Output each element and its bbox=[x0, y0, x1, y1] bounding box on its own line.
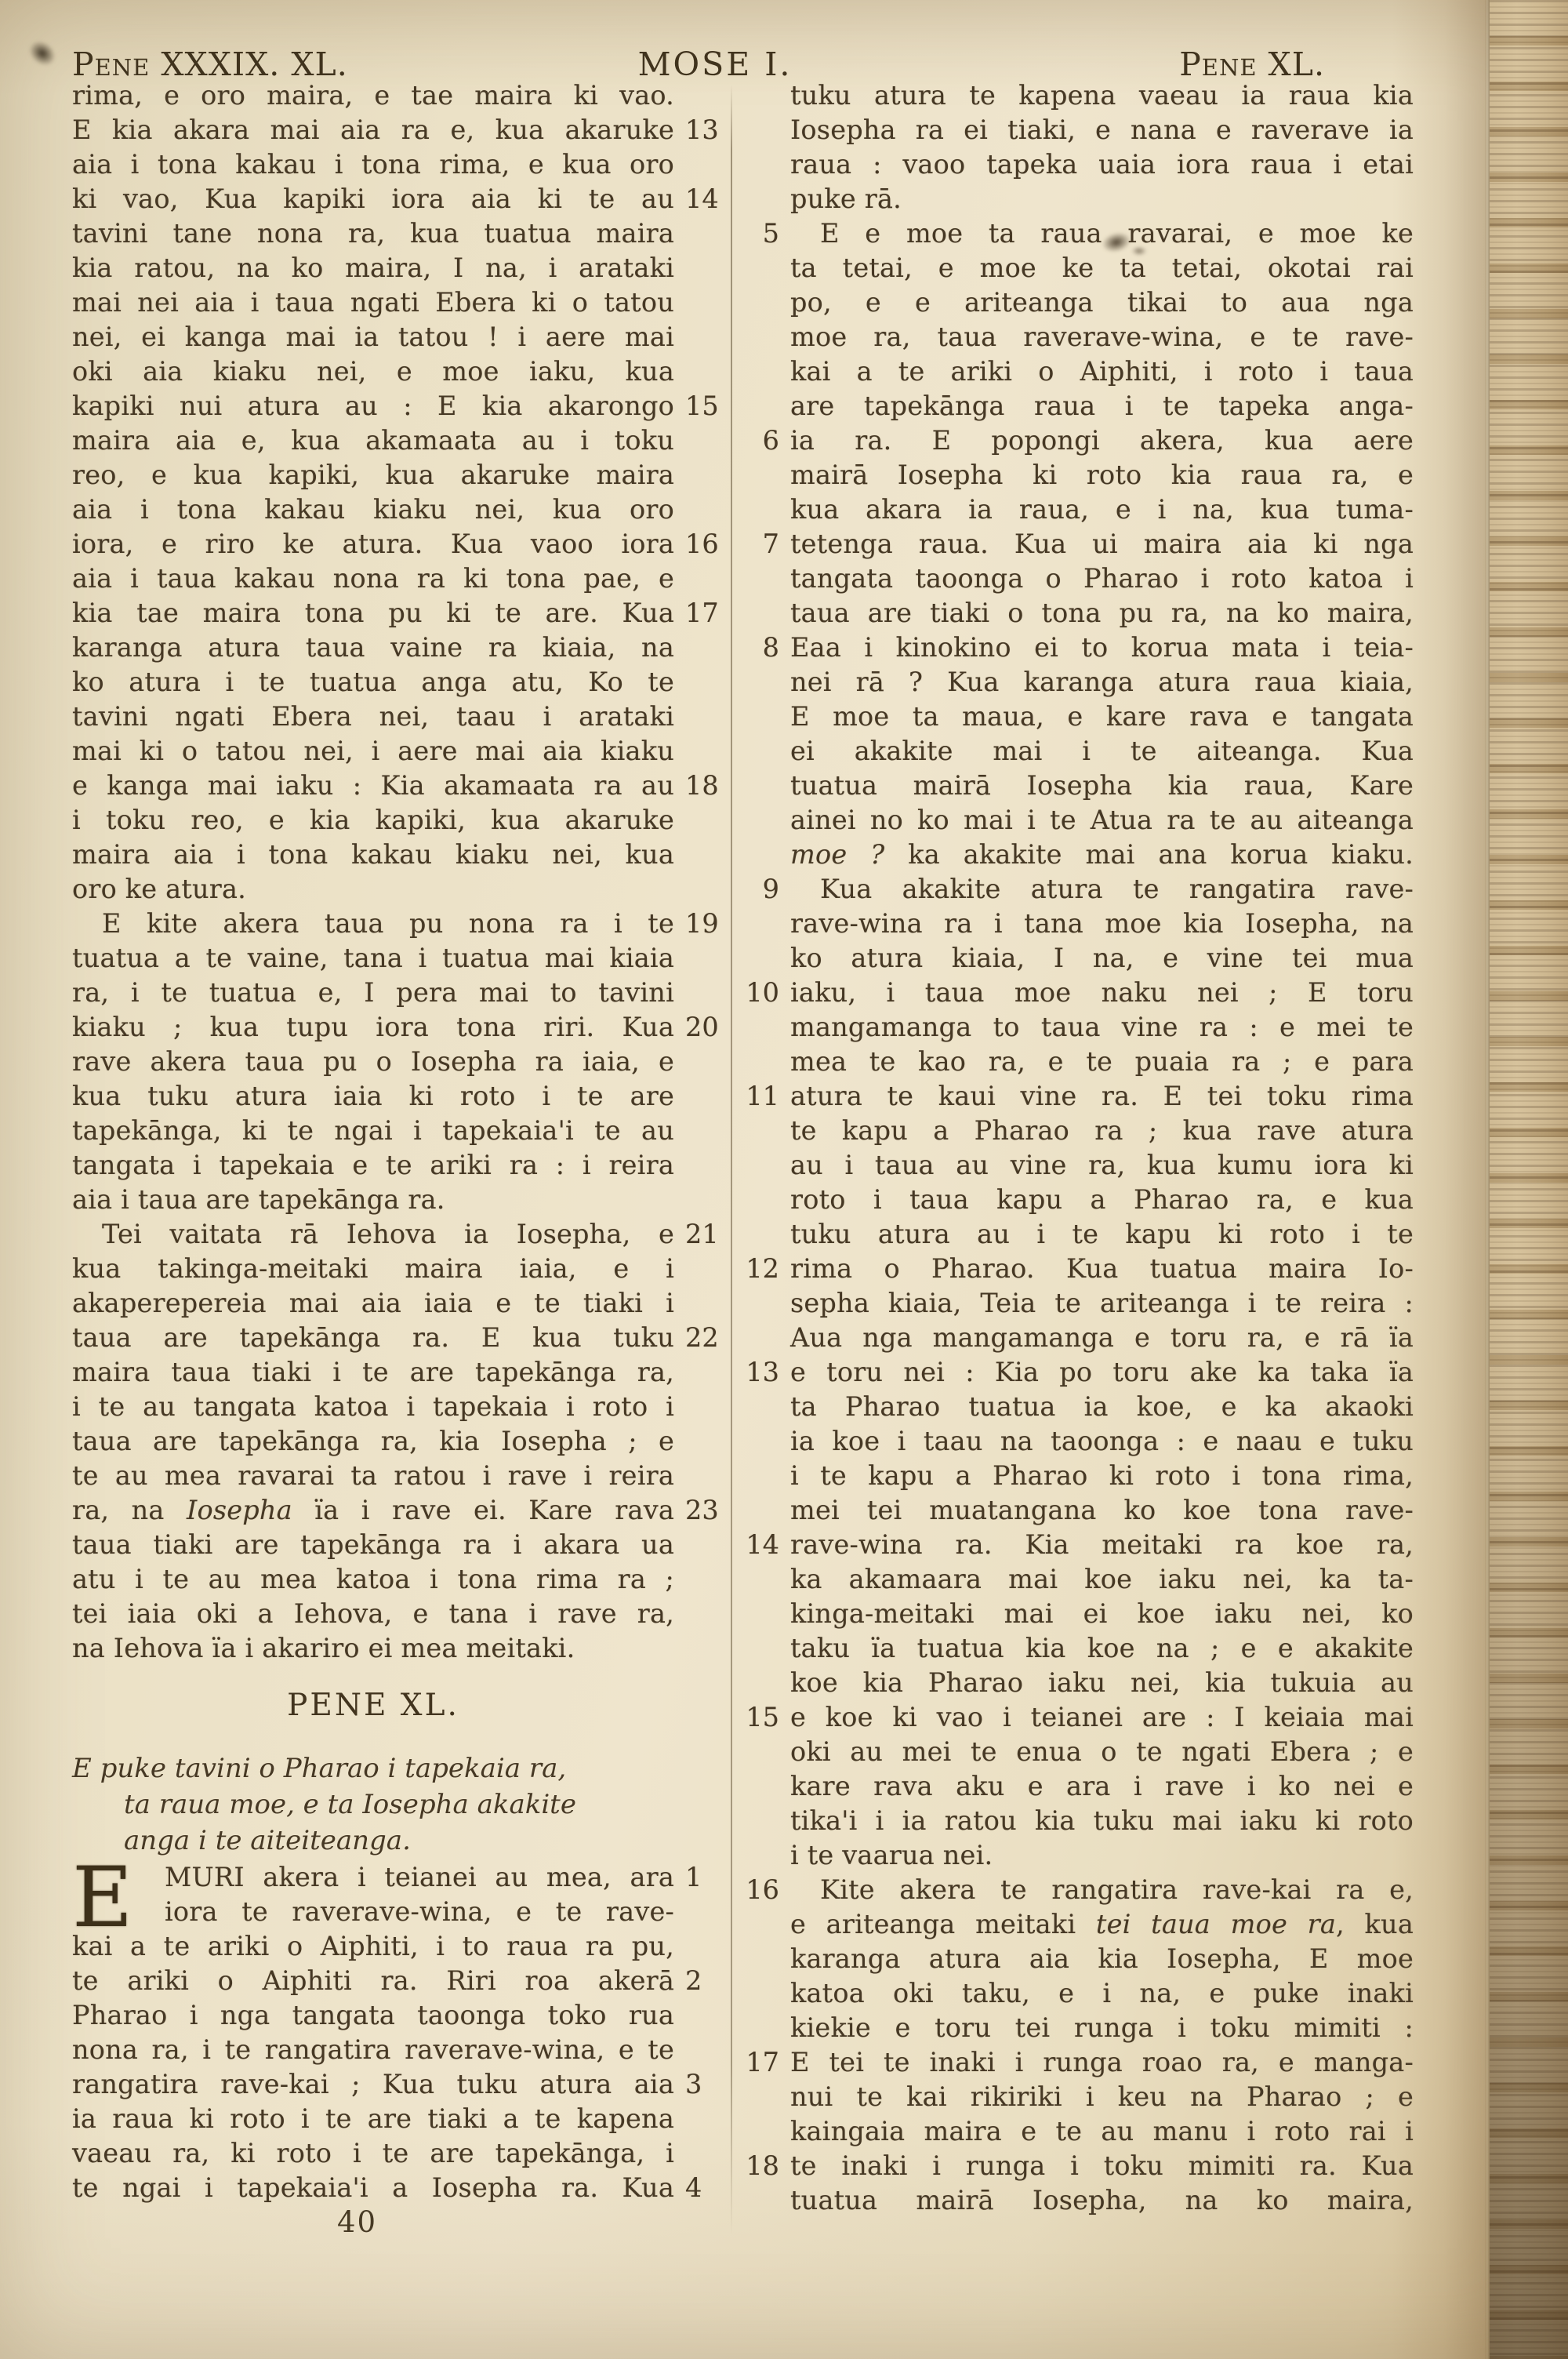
text-line: tuku atura au i te kapu ki roto i te bbox=[790, 1217, 1414, 1252]
text-line: oki aia kiaku nei, e moe iaku, kua bbox=[72, 354, 674, 389]
text-line: MURI akera i teianei au mea, ara1 bbox=[72, 1860, 674, 1895]
text-line: Tei vaitata rā Iehova ia Iosepha, e21 bbox=[72, 1217, 674, 1252]
text-line: E kite akera taua pu nona ra i te19 bbox=[72, 907, 674, 941]
text-line: oki au mei te enua o te ngati Ebera ; e bbox=[790, 1735, 1414, 1769]
running-header-left: Pene XXXIX. XL. bbox=[72, 45, 348, 83]
text-line: te inaki i runga i toku mimiti ra. Kua18 bbox=[790, 2149, 1414, 2183]
text-line: tetenga raua. Kua ui maira aia ki nga7 bbox=[790, 527, 1414, 562]
text-line: kiaku ; kua tupu iora tona riri. Kua20 bbox=[72, 1010, 674, 1045]
text-line: i te vaarua nei. bbox=[790, 1838, 1414, 1873]
text-line: tuatua mairā Iosepha, na ko maira, bbox=[790, 2183, 1414, 2218]
verse-number: 6 bbox=[763, 423, 779, 458]
text-line: ia raua ki roto i te are tiaki a te kape… bbox=[72, 2102, 674, 2136]
text-line: taku ïa tuatua kia koe na ; e e akakite bbox=[790, 1631, 1414, 1666]
text-line: moe ra, taua raverave-wina, e te rave- bbox=[790, 320, 1414, 354]
verse-number: 22 bbox=[685, 1321, 719, 1355]
text-line: ra, i te tuatua e, I pera mai to tavini bbox=[72, 976, 674, 1010]
text-line: kua akara ia raua, e i na, kua tuma- bbox=[790, 493, 1414, 527]
text-line: katoa oki taku, e i na, e puke inaki bbox=[790, 1976, 1414, 2011]
verse-number: 11 bbox=[746, 1079, 779, 1114]
text-line: mai nei aia i taua ngati Ebera ki o tato… bbox=[72, 285, 674, 320]
verse-number: 15 bbox=[746, 1700, 779, 1735]
verse-number: 4 bbox=[685, 2171, 702, 2205]
text-line: kai a te ariki o Aiphiti, i roto i taua bbox=[790, 354, 1414, 389]
verse-number: 13 bbox=[685, 113, 719, 147]
verse-number: 5 bbox=[763, 216, 779, 251]
text-line: kaingaia maira e te au manu i roto rai i bbox=[790, 2114, 1414, 2149]
running-header-right: Pene XL. bbox=[1179, 45, 1325, 83]
text-line: tangata taoonga o Pharao i roto katoa i bbox=[790, 562, 1414, 596]
text-line: iora te raverave-wina, e te rave- bbox=[72, 1895, 674, 1929]
verse-number: 23 bbox=[685, 1493, 719, 1528]
ink-smudge-top-left bbox=[16, 28, 68, 78]
verse-number: 12 bbox=[746, 1252, 779, 1286]
column-divider-rule bbox=[731, 85, 732, 2235]
verse-number: 16 bbox=[685, 527, 719, 562]
text-line: na Iehova ïa i akariro ei mea meitaki. bbox=[72, 1631, 674, 1666]
text-line: Iosepha ra ei tiaki, e nana e raverave i… bbox=[790, 113, 1414, 147]
text-line: ia koe i taau na taoonga : e naau e tuku bbox=[790, 1424, 1414, 1459]
text-line: raua : vaoo tapeka uaia iora raua i etai bbox=[790, 147, 1414, 182]
book-page: Pene XXXIX. XL. MOSE I. Pene XL. rima, e… bbox=[0, 0, 1568, 2359]
text-line: rima, e oro maira, e tae maira ki vao. bbox=[72, 78, 674, 113]
text-line: maira aia i tona kakau kiaku nei, kua bbox=[72, 838, 674, 872]
text-line: po, e e ariteanga tikai to aua nga bbox=[790, 285, 1414, 320]
text-line: ko atura i te tuatua anga atu, Ko te bbox=[72, 665, 674, 700]
text-line: kia ratou, na ko maira, I na, i arataki bbox=[72, 251, 674, 285]
verse-number: 21 bbox=[685, 1217, 719, 1252]
chapter-summary-line: E puke tavini o Pharao i tapekaia ra, bbox=[72, 1750, 674, 1787]
text-line: nei, ei kanga mai ia tatou ! i aere mai bbox=[72, 320, 674, 354]
running-header-title: MOSE I. bbox=[638, 45, 793, 83]
text-line: mei tei muatangana ko koe tona rave- bbox=[790, 1493, 1414, 1528]
text-line: maira aia e, kua akamaata au i toku bbox=[72, 423, 674, 458]
page-number: 40 bbox=[337, 2205, 377, 2239]
text-line: i te au tangata katoa i tapekaia i roto … bbox=[72, 1390, 674, 1424]
text-line: ko atura kiaia, I na, e vine tei mua bbox=[790, 941, 1414, 976]
text-line: maira taua tiaki i te are tapekānga ra, bbox=[72, 1355, 674, 1390]
text-line: vaeau ra, ki roto i te are tapekānga, i bbox=[72, 2136, 674, 2171]
left-column-chapter40-text: MURI akera i teianei au mea, ara1iora te… bbox=[72, 1860, 674, 2205]
verse-number: 18 bbox=[746, 2149, 779, 2183]
text-line: E moe ta maua, e kare rava e tangata bbox=[790, 700, 1414, 734]
text-line: tuatua mairā Iosepha kia raua, Kare bbox=[790, 769, 1414, 803]
text-line: mea te kao ra, e te puaia ra ; e para bbox=[790, 1045, 1414, 1079]
text-line: reo, e kua kapiki, kua akaruke maira bbox=[72, 458, 674, 493]
right-column-text: tuku atura te kapena vaeau ia raua kiaIo… bbox=[790, 78, 1414, 2218]
text-line: kia tae maira tona pu ki te are. Kua17 bbox=[72, 596, 674, 631]
text-line: ki vao, Kua kapiki iora aia ki te au14 bbox=[72, 182, 674, 216]
text-line: kapiki nui atura au : E kia akarongo15 bbox=[72, 389, 674, 423]
text-line: kua takinga-meitaki maira iaia, e i bbox=[72, 1252, 674, 1286]
text-line: tuku atura te kapena vaeau ia raua kia bbox=[790, 78, 1414, 113]
page-curve-shadow bbox=[1392, 0, 1486, 2359]
text-line: nei rā ? Kua karanga atura raua kiaia, bbox=[790, 665, 1414, 700]
verse-number: 14 bbox=[685, 182, 719, 216]
text-line: i toku reo, e kia kapiki, kua akaruke bbox=[72, 803, 674, 838]
text-line: taua are tiaki o tona pu ra, na ko maira… bbox=[790, 596, 1414, 631]
text-line: Eaa i kinokino ei to korua mata i teia-8 bbox=[790, 631, 1414, 665]
verse-number: 9 bbox=[763, 872, 779, 907]
text-line: nona ra, i te rangatira raverave-wina, e… bbox=[72, 2033, 674, 2067]
text-line: roto i taua kapu a Pharao ra, e kua bbox=[790, 1183, 1414, 1217]
text-line: e kanga mai iaku : Kia akamaata ra au18 bbox=[72, 769, 674, 803]
text-line: rave-wina ra i tana moe kia Iosepha, na bbox=[790, 907, 1414, 941]
verse-number: 1 bbox=[685, 1860, 702, 1895]
text-line: mai ki o tatou nei, i aere mai aia kiaku bbox=[72, 734, 674, 769]
book-fore-edge-pages bbox=[1490, 0, 1568, 2359]
text-line: taua tiaki are tapekānga ra i akara ua bbox=[72, 1528, 674, 1562]
text-line: ei akakite mai i te aiteanga. Kua bbox=[790, 734, 1414, 769]
text-line: tuatua a te vaine, tana i tuatua mai kia… bbox=[72, 941, 674, 976]
text-line: ta Pharao tuatua ia koe, e ka akaoki bbox=[790, 1390, 1414, 1424]
text-line: rangatira rave-kai ; Kua tuku atura aia3 bbox=[72, 2067, 674, 2102]
verse-number: 7 bbox=[763, 527, 779, 562]
text-line: aia i tona kakau i tona rima, e kua oro bbox=[72, 147, 674, 182]
chapter-summary: E puke tavini o Pharao i tapekaia ra,ta … bbox=[72, 1750, 674, 1859]
text-line: akaperepereia mai aia iaia e te tiaki i bbox=[72, 1286, 674, 1321]
verse-number: 14 bbox=[746, 1528, 779, 1562]
text-line: kai a te ariki o Aiphiti, i to raua ra p… bbox=[72, 1929, 674, 1964]
text-line: ia ra. E popongi akera, kua aere6 bbox=[790, 423, 1414, 458]
verse-number: 18 bbox=[685, 769, 719, 803]
chapter-summary-line: ta raua moe, e ta Iosepha akakite bbox=[124, 1787, 674, 1823]
text-line: tei iaia oki a Iehova, e tana i rave ra, bbox=[72, 1597, 674, 1631]
verse-number: 10 bbox=[746, 976, 779, 1010]
text-line: tapekānga, ki te ngai i tapekaia'i te au bbox=[72, 1114, 674, 1148]
verse-number: 13 bbox=[746, 1355, 779, 1390]
text-line: tangata i tapekaia e te ariki ra : i rei… bbox=[72, 1148, 674, 1183]
text-line: karanga atura taua vaine ra kiaia, na bbox=[72, 631, 674, 665]
text-line: ka akamaara mai koe iaku nei, ka ta- bbox=[790, 1562, 1414, 1597]
text-line: Aua nga mangamanga e toru ra, e rā ïa bbox=[790, 1321, 1414, 1355]
text-line: aia i tona kakau kiaku nei, kua oro bbox=[72, 493, 674, 527]
text-line: e ariteanga meitaki tei taua moe ra, kua bbox=[790, 1907, 1414, 1942]
text-line: te ngai i tapekaia'i a Iosepha ra. Kua4 bbox=[72, 2171, 674, 2205]
verse-number: 17 bbox=[746, 2045, 779, 2080]
chapter-heading: PENE XL. bbox=[72, 1688, 674, 1723]
text-line: Pharao i nga tangata taoonga toko rua bbox=[72, 1998, 674, 2033]
verse-number: 8 bbox=[763, 631, 779, 665]
text-line: ta tetai, e moe ke ta tetai, okotai rai bbox=[790, 251, 1414, 285]
text-line: E kia akara mai aia ra e, kua akaruke13 bbox=[72, 113, 674, 147]
text-line: tika'i i ia ratou kia tuku mai iaku ki r… bbox=[790, 1804, 1414, 1838]
text-line: atu i te au mea katoa i tona rima ra ; bbox=[72, 1562, 674, 1597]
text-line: mairā Iosepha ki roto kia raua ra, e bbox=[790, 458, 1414, 493]
text-line: te au mea ravarai ta ratou i rave i reir… bbox=[72, 1459, 674, 1493]
ink-smudge-margin-small bbox=[1129, 245, 1149, 257]
verse-number: 17 bbox=[685, 596, 719, 631]
text-line: sepha kiaia, Teia te ariteanga i te reir… bbox=[790, 1286, 1414, 1321]
verse-number: 15 bbox=[685, 389, 719, 423]
verse-number: 20 bbox=[685, 1010, 719, 1045]
text-line: e toru nei : Kia po toru ake ka taka ïa1… bbox=[790, 1355, 1414, 1390]
text-line: tavini ngati Ebera nei, taau i arataki bbox=[72, 700, 674, 734]
text-line: ra, na Iosepha ïa i rave ei. Kare rava23 bbox=[72, 1493, 674, 1528]
text-line: atura te kaui vine ra. E tei toku rima11 bbox=[790, 1079, 1414, 1114]
text-line: rave-wina ra. Kia meitaki ra koe ra,14 bbox=[790, 1528, 1414, 1562]
text-line: are tapekānga raua i te tapeka anga- bbox=[790, 389, 1414, 423]
text-line: oro ke atura. bbox=[72, 872, 674, 907]
text-line: mangamanga to taua vine ra : e mei te bbox=[790, 1010, 1414, 1045]
left-column-chapter39-text: rima, e oro maira, e tae maira ki vao.E … bbox=[72, 78, 674, 1666]
text-line: au i taua au vine ra, kua kumu iora ki bbox=[790, 1148, 1414, 1183]
text-line: rima o Pharao. Kua tuatua maira Io-12 bbox=[790, 1252, 1414, 1286]
text-line: e koe ki vao i teianei are : I keiaia ma… bbox=[790, 1700, 1414, 1735]
text-line: te kapu a Pharao ra ; kua rave atura bbox=[790, 1114, 1414, 1148]
text-line: iaku, i taua moe naku nei ; E toru10 bbox=[790, 976, 1414, 1010]
text-line: karanga atura aia kia Iosepha, E moe bbox=[790, 1942, 1414, 1976]
text-line: kinga-meitaki mai ei koe iaku nei, ko bbox=[790, 1597, 1414, 1631]
text-line: aia i taua are tapekānga ra. bbox=[72, 1183, 674, 1217]
text-line: iora, e riro ke atura. Kua vaoo iora16 bbox=[72, 527, 674, 562]
text-line: kua tuku atura iaia ki roto i te are bbox=[72, 1079, 674, 1114]
verse-number: 3 bbox=[685, 2067, 702, 2102]
text-line: puke rā. bbox=[790, 182, 1414, 216]
text-line: moe ? ka akakite mai ana korua kiaku. bbox=[790, 838, 1414, 872]
verse-number: 19 bbox=[685, 907, 719, 941]
text-line: Kua akakite atura te rangatira rave-9 bbox=[790, 872, 1414, 907]
text-line: nui te kai rikiriki i keu na Pharao ; e bbox=[790, 2080, 1414, 2114]
chapter-summary-line: anga i te aiteiteanga. bbox=[124, 1823, 674, 1859]
text-line: rave akera taua pu o Iosepha ra iaia, e bbox=[72, 1045, 674, 1079]
text-line: koe kia Pharao iaku nei, kia tukuia au bbox=[790, 1666, 1414, 1700]
text-line: aia i taua kakau nona ra ki tona pae, e bbox=[72, 562, 674, 596]
verse-number: 16 bbox=[746, 1873, 779, 1907]
text-line: Kite akera te rangatira rave-kai ra e,16 bbox=[790, 1873, 1414, 1907]
verse-number: 2 bbox=[685, 1964, 702, 1998]
text-line: kare rava aku e ara i rave i ko nei e bbox=[790, 1769, 1414, 1804]
text-line: kiekie e toru tei runga i toku mimiti : bbox=[790, 2011, 1414, 2045]
text-line: tavini tane nona ra, kua tuatua maira bbox=[72, 216, 674, 251]
text-line: ainei no ko mai i te Atua ra te au aitea… bbox=[790, 803, 1414, 838]
text-line: i te kapu a Pharao ki roto i tona rima, bbox=[790, 1459, 1414, 1493]
text-line: te ariki o Aiphiti ra. Riri roa akerā2 bbox=[72, 1964, 674, 1998]
text-line: taua are tapekānga ra. E kua tuku22 bbox=[72, 1321, 674, 1355]
text-line: E tei te inaki i runga roao ra, e manga-… bbox=[790, 2045, 1414, 2080]
text-line: taua are tapekānga ra, kia Iosepha ; e bbox=[72, 1424, 674, 1459]
